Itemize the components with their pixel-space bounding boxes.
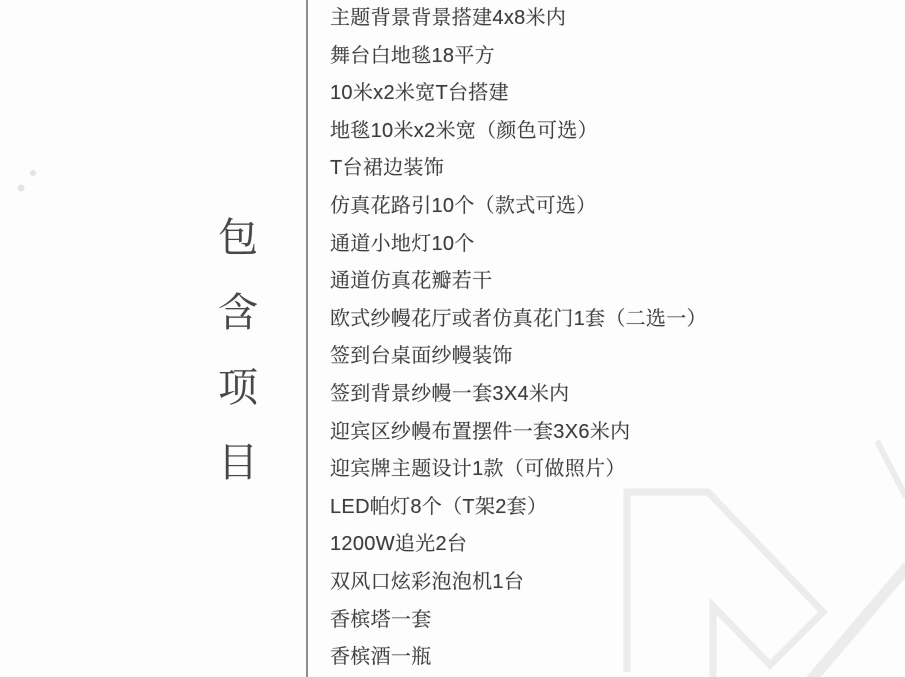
section-title-char: 目 <box>218 443 258 483</box>
section-title-char: 包 <box>218 218 258 258</box>
scan-speck <box>30 170 36 176</box>
list-item: 香槟塔一套 <box>330 602 707 640</box>
section-title-vertical: 包 含 项 目 <box>218 218 258 483</box>
package-items-list: 主题背景背景搭建4x8米内 舞台白地毯18平方 10米x2米宽T台搭建 地毯10… <box>330 0 707 677</box>
list-item: 地毯10米x2米宽（颜色可选） <box>330 113 707 151</box>
watermark-corner-fragment <box>877 441 905 497</box>
list-item: 通道仿真花瓣若干 <box>330 263 707 301</box>
list-item: 欧式纱幔花厅或者仿真花门1套（二选一） <box>330 301 707 339</box>
list-item: 10米x2米宽T台搭建 <box>330 75 707 113</box>
list-item: 主题背景背景搭建4x8米内 <box>330 0 707 38</box>
list-item: 仿真花路引10个（款式可选） <box>330 188 707 226</box>
list-item: 香槟酒一瓶 <box>330 639 707 677</box>
section-title-char: 含 <box>218 293 258 333</box>
section-title-char: 项 <box>218 368 258 408</box>
list-item: LED帕灯8个（T架2套） <box>330 489 707 527</box>
list-item: T台裙边装饰 <box>330 150 707 188</box>
list-item: 双风口炫彩泡泡机1台 <box>330 564 707 602</box>
list-item: 1200W追光2台 <box>330 526 707 564</box>
list-item: 迎宾牌主题设计1款（可做照片） <box>330 451 707 489</box>
vertical-divider <box>306 0 308 677</box>
watermark-slash-stroke <box>811 566 905 677</box>
list-item: 签到台桌面纱幔装饰 <box>330 338 707 376</box>
list-item: 舞台白地毯18平方 <box>330 38 707 76</box>
scan-speck <box>18 185 25 192</box>
list-item: 迎宾区纱幔布置摆件一套3X6米内 <box>330 414 707 452</box>
list-item: 通道小地灯10个 <box>330 226 707 264</box>
list-item: 签到背景纱幔一套3X4米内 <box>330 376 707 414</box>
scanned-document-page: 包 含 项 目 主题背景背景搭建4x8米内 舞台白地毯18平方 10米x2米宽T… <box>0 0 905 677</box>
